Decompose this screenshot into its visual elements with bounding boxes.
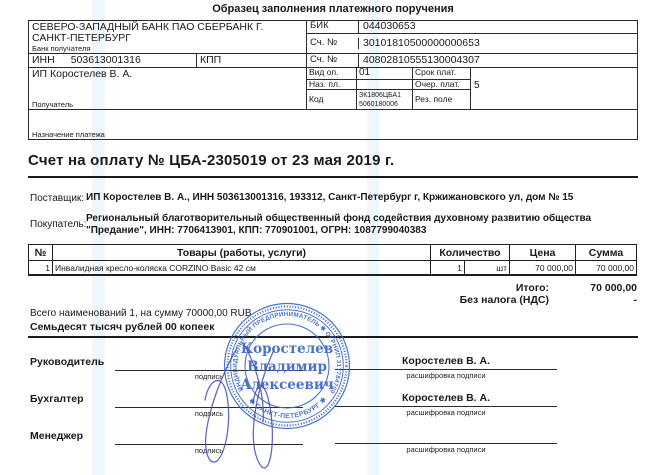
bik-row: БИК 044030653 — [307, 21, 637, 34]
items-count-line: Всего наименований 1, на сумму 70000,00 … — [30, 308, 252, 319]
corr-account-row: Сч. № 30101810500000000653 — [307, 34, 637, 53]
role-manager: Менеджер — [30, 430, 83, 442]
no-vat-value: - — [549, 294, 637, 306]
table-row: 1 Инвалидная кресло-коляска CORZINO Basi… — [29, 261, 636, 274]
inn-cell: ИНН 503613001316 — [29, 54, 197, 67]
corr-account-label: Сч. № — [307, 38, 359, 48]
decode-caption: расшифровка подписи — [335, 371, 557, 380]
total-value: 70 000,00 — [549, 282, 637, 294]
col-price-header: Цена — [510, 245, 576, 260]
payment-order-sample-title: Образец заполнения платежного поручения — [28, 3, 638, 15]
kod-label: Код — [307, 90, 357, 109]
payee-cell-label: Получатель — [32, 101, 73, 109]
decode-caption: расшифровка подписи — [335, 408, 557, 417]
bank-cell-label: Банк получателя — [32, 45, 90, 53]
account-label: Сч. № — [307, 54, 359, 67]
bik-value: 044030653 — [359, 21, 637, 33]
item-qty: 1 — [431, 261, 465, 274]
ocher-plat-value: 5 — [474, 81, 480, 92]
items-table: № Товары (работы, услуги) Количество Цен… — [28, 244, 637, 276]
kpp-label: КПП — [200, 55, 221, 66]
operation-cells: Вид оп. 01 Срок плат. Наз. пл. Очер. пла… — [307, 68, 471, 109]
payee-name: ИП Коростелев В. А. — [32, 68, 132, 80]
kpp-cell: КПП — [197, 54, 307, 67]
accountant-name: Коростелев В. А. — [335, 392, 557, 404]
handwritten-signature — [185, 338, 325, 475]
inn-label: ИНН — [32, 55, 55, 66]
invoice-title: Счет на оплату № ЦБА-2305019 от 23 мая 2… — [28, 152, 394, 169]
col-qty-header: Количество — [431, 245, 510, 260]
director-name: Коростелев В. А. — [335, 355, 557, 367]
vid-op-value: 01 — [357, 68, 413, 80]
naz-pl-row: Наз. пл. Очер. плат. — [307, 80, 471, 90]
payee-cell: ИП Коростелев В. А. Получатель — [29, 68, 307, 109]
total-label: Итого: — [300, 282, 549, 294]
bank-codes: БИК 044030653 Сч. № 30101810500000000653 — [307, 21, 637, 53]
invoice-document: Образец заполнения платежного поручения … — [0, 0, 660, 475]
item-price: 70 000,00 — [510, 261, 576, 274]
role-accountant: Бухгалтер — [30, 393, 84, 405]
inn-kpp-row: ИНН 503613001316 КПП Сч. № 4080281055513… — [29, 54, 637, 68]
naz-pl-value — [357, 80, 413, 90]
role-director: Руководитель — [30, 356, 104, 368]
amount-in-words: Семьдесят тысяч рублей 00 копеек — [30, 321, 214, 333]
account-value: 40802810555130004307 — [359, 54, 637, 67]
naz-pl-label: Наз. пл. — [307, 80, 357, 90]
kod-value-line1: ЗК1806ЦБА1 — [359, 92, 410, 100]
ocher-plat-label: Очер. плат. — [413, 80, 471, 90]
item-sum: 70 000,00 — [576, 261, 636, 274]
payee-row: ИП Коростелев В. А. Получатель Вид оп. 0… — [29, 68, 637, 110]
item-unit: шт — [465, 261, 510, 274]
total-row: Итого: 70 000,00 — [300, 282, 637, 294]
rez-pole-label: Рез. поле — [413, 90, 471, 109]
kod-value: ЗК1806ЦБА1 5060180006 — [357, 90, 413, 109]
bank-cell: СЕВЕРО-ЗАПАДНЫЙ БАНК ПАО СБЕРБАНК Г. САН… — [29, 21, 307, 53]
signature-stroke — [245, 346, 263, 422]
col-num-header: № — [29, 245, 53, 260]
title-divider — [28, 176, 638, 178]
operation-grid: Вид оп. 01 Срок плат. Наз. пл. Очер. пла… — [307, 68, 637, 109]
kod-value-line2: 5060180006 — [359, 101, 410, 109]
item-num: 1 — [29, 261, 53, 274]
supplier-label: Поставщик: — [30, 193, 84, 204]
decode-caption: расшифровка подписи — [335, 445, 557, 454]
payment-order-table: СЕВЕРО-ЗАПАДНЫЙ БАНК ПАО СБЕРБАНК Г. САН… — [28, 20, 638, 140]
inn-value: 503613001316 — [71, 55, 141, 66]
corr-account-value: 30101810500000000653 — [359, 38, 637, 49]
bank-name: СЕВЕРО-ЗАПАДНЫЙ БАНК ПАО СБЕРБАНК Г. САН… — [32, 21, 263, 44]
purpose-row: Назначение платежа — [29, 110, 637, 139]
kod-row: Код ЗК1806ЦБА1 5060180006 Рез. поле — [307, 90, 471, 109]
item-name: Инвалидная кресло-коляска CORZINO Basic … — [53, 261, 431, 274]
priority-cell: 5 — [471, 68, 637, 109]
col-sum-header: Сумма — [576, 245, 636, 260]
bik-label: БИК — [307, 21, 359, 33]
bank-row: СЕВЕРО-ЗАПАДНЫЙ БАНК ПАО СБЕРБАНК Г. САН… — [29, 21, 637, 54]
col-name-header: Товары (работы, услуги) — [53, 245, 431, 260]
buyer-label: Покупатель: — [30, 219, 87, 230]
supplier-value: ИП Коростелев В. А., ИНН 503613001316, 1… — [86, 192, 638, 204]
signature-stroke — [205, 348, 237, 462]
purpose-label: Назначение платежа — [32, 131, 105, 139]
items-header-row: № Товары (работы, услуги) Количество Цен… — [29, 245, 636, 261]
buyer-value: Региональный благотворительный обществен… — [86, 213, 638, 237]
